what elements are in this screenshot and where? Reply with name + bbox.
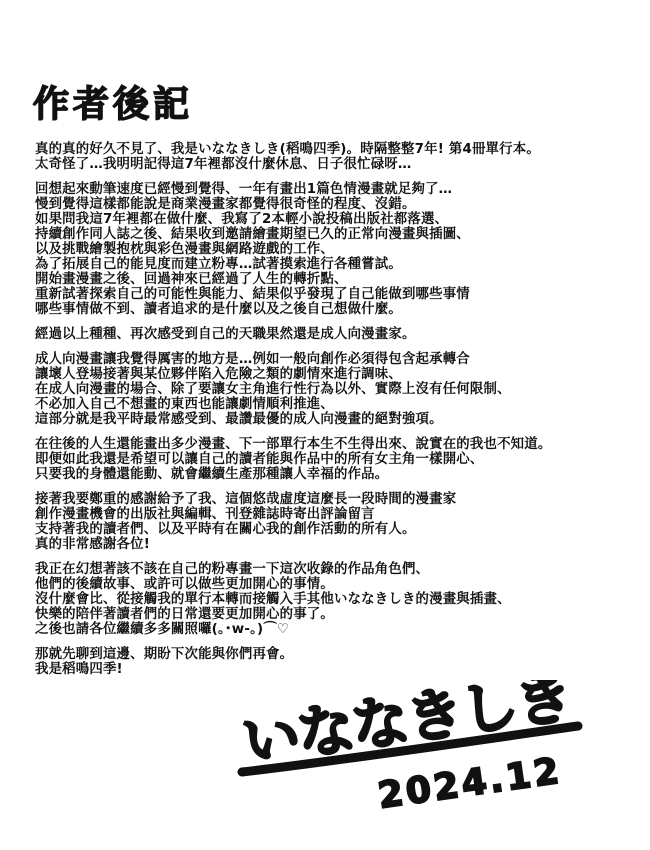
- text-line: 以及挑戰繪製抱枕與彩色漫畫與網路遊戲的工作、: [35, 242, 620, 257]
- paragraph: 成人向漫畫讓我覺得厲害的地方是…例如一般向創作必須得包含起承轉合讓壞人登場接著與…: [35, 352, 620, 427]
- text-line: 持續創作同人誌之後、結果收到邀請繪畫期望已久的正常向漫畫與插圖、: [35, 227, 620, 242]
- paragraph: 真的真的好久不見了、我是いななきしき(稻鳴四季)。時隔整整7年! 第4冊單行本。…: [35, 142, 620, 172]
- text-line: 之後也請各位繼續多多關照囉(｡･w-｡)⌒♡: [35, 622, 620, 637]
- paragraph: 我正在幻想著該不該在自己的粉專畫一下這次收錄的作品角色們、他們的後續故事、或許可…: [35, 562, 620, 637]
- text-line: 經過以上種種、再次感受到自己的天職果然還是成人向漫畫家。: [35, 327, 620, 342]
- text-line: 讓壞人登場接著與某位夥伴陷入危險之類的劇情來進行調味、: [35, 367, 620, 382]
- text-line: 我是稻鳴四季!: [35, 662, 620, 677]
- text-line: 太奇怪了…我明明記得這7年裡都沒什麼休息、日子很忙碌呀…: [35, 157, 620, 172]
- text-line: 接著我要鄭重的感謝給予了我、這個悠哉虛度這麼長一段時間的漫畫家: [35, 492, 620, 507]
- text-line: 重新試著探索自己的可能性與能力、結果似乎發現了自己能做到哪些事情: [35, 287, 620, 302]
- paragraph: 在往後的人生還能畫出多少漫畫、下一部單行本生不生得出來、說實在的我也不知道。即便…: [35, 437, 620, 482]
- signature-graphic: いななきしき 2024.12: [180, 680, 650, 850]
- text-line: 快樂的陪伴著讀者們的日常還要更加開心的事了。: [35, 607, 620, 622]
- signature-block: いななきしき 2024.12: [180, 680, 650, 850]
- page-title: 作者後記: [33, 76, 193, 127]
- text-line: 只要我的身體還能動、就會繼續生產那種讓人幸福的作品。: [35, 467, 620, 482]
- text-line: 這部分就是我平時最常感受到、最讚最優的成人向漫畫的絕對強項。: [35, 412, 620, 427]
- text-line: 支持著我的讀者們、以及平時有在關心我的創作活動的所有人。: [35, 522, 620, 537]
- text-line: 如果問我這7年裡都在做什麼、我寫了2本輕小說投稿出版社都落選、: [35, 212, 620, 227]
- text-line: 慢到覺得這樣都能說是商業漫畫家都覺得很奇怪的程度、沒錯。: [35, 197, 620, 212]
- afterword-page: 作者後記 真的真的好久不見了、我是いななきしき(稻鳴四季)。時隔整整7年! 第4…: [0, 0, 650, 850]
- text-line: 在往後的人生還能畫出多少漫畫、下一部單行本生不生得出來、說實在的我也不知道。: [35, 437, 620, 452]
- text-line: 哪些事情做不到、讀者追求的是什麼以及之後自己想做什麼。: [35, 302, 620, 317]
- text-line: 為了拓展自己的能見度而建立粉專…試著摸索進行各種嘗試。: [35, 257, 620, 272]
- paragraph: 接著我要鄭重的感謝給予了我、這個悠哉虛度這麼長一段時間的漫畫家創作漫畫機會的出版…: [35, 492, 620, 552]
- text-line: 成人向漫畫讓我覺得厲害的地方是…例如一般向創作必須得包含起承轉合: [35, 352, 620, 367]
- signature-date: 2024.12: [376, 751, 565, 817]
- text-line: 即便如此我還是希望可以讓自己的讀者能與作品中的所有女主角一樣開心、: [35, 452, 620, 467]
- text-line: 回想起來動筆速度已經慢到覺得、一年有畫出1篇色情漫畫就足夠了…: [35, 182, 620, 197]
- text-line: 那就先聊到這邊、期盼下次能與你們再會。: [35, 647, 620, 662]
- text-line: 在成人向漫畫的場合、除了要讓女主角進行性行為以外、實際上沒有任何限制、: [35, 382, 620, 397]
- text-line: 真的非常感謝各位!: [35, 537, 620, 552]
- paragraph: 經過以上種種、再次感受到自己的天職果然還是成人向漫畫家。: [35, 327, 620, 342]
- text-line: 沒什麼會比、從接觸我的單行本轉而接觸入手其他いななきしき的漫畫與插畫、: [35, 592, 620, 607]
- text-line: 創作漫畫機會的出版社與編輯、刊登雜誌時寄出評論留言: [35, 507, 620, 522]
- text-line: 他們的後續故事、或許可以做些更加開心的事情。: [35, 577, 620, 592]
- text-line: 開始畫漫畫之後、回過神來已經過了人生的轉折點、: [35, 272, 620, 287]
- paragraph: 那就先聊到這邊、期盼下次能與你們再會。我是稻鳴四季!: [35, 647, 620, 677]
- afterword-body: 真的真的好久不見了、我是いななきしき(稻鳴四季)。時隔整整7年! 第4冊單行本。…: [35, 142, 620, 687]
- text-line: 我正在幻想著該不該在自己的粉專畫一下這次收錄的作品角色們、: [35, 562, 620, 577]
- text-line: 真的真的好久不見了、我是いななきしき(稻鳴四季)。時隔整整7年! 第4冊單行本。: [35, 142, 620, 157]
- text-line: 不必加入自己不想畫的東西也能讓劇情順利推進、: [35, 397, 620, 412]
- paragraph: 回想起來動筆速度已經慢到覺得、一年有畫出1篇色情漫畫就足夠了…慢到覺得這樣都能說…: [35, 182, 620, 317]
